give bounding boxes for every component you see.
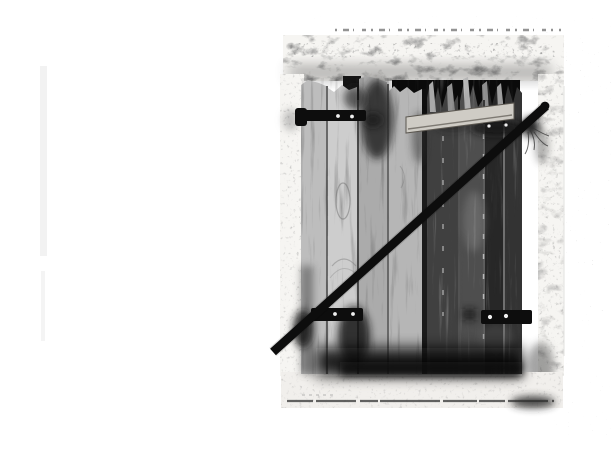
wall-left-edge-smudge-2 xyxy=(41,271,45,341)
bottom-shadow-band-2 xyxy=(340,362,522,376)
lintel-dark-strip xyxy=(287,43,555,57)
hinge-screw xyxy=(488,315,492,319)
lintel-top-specks xyxy=(290,16,560,36)
photo-old-shutter-window: High-contrast black and white photograph… xyxy=(40,16,612,435)
hinge-screw xyxy=(351,312,355,316)
right-door-light-patch xyxy=(463,191,485,251)
hinge-tail-stain xyxy=(364,113,382,127)
batten-screw-1 xyxy=(487,124,491,128)
photo-canvas xyxy=(40,16,612,435)
bar-top-cap xyxy=(541,102,550,111)
hinge-screw xyxy=(333,312,337,316)
hinge-screw xyxy=(336,114,340,118)
hinge-lower-right-stub xyxy=(463,309,476,320)
hinge-screw xyxy=(350,115,354,119)
right-wall-specks xyxy=(538,16,612,435)
lintel-lower-shadow xyxy=(289,66,551,79)
batten-screw-2 xyxy=(504,123,508,127)
wall-left-edge-smudge xyxy=(40,66,47,256)
hinge-upper-left-strap xyxy=(296,110,366,121)
hinge-screw xyxy=(504,314,508,318)
top-stain-2 xyxy=(344,86,366,110)
